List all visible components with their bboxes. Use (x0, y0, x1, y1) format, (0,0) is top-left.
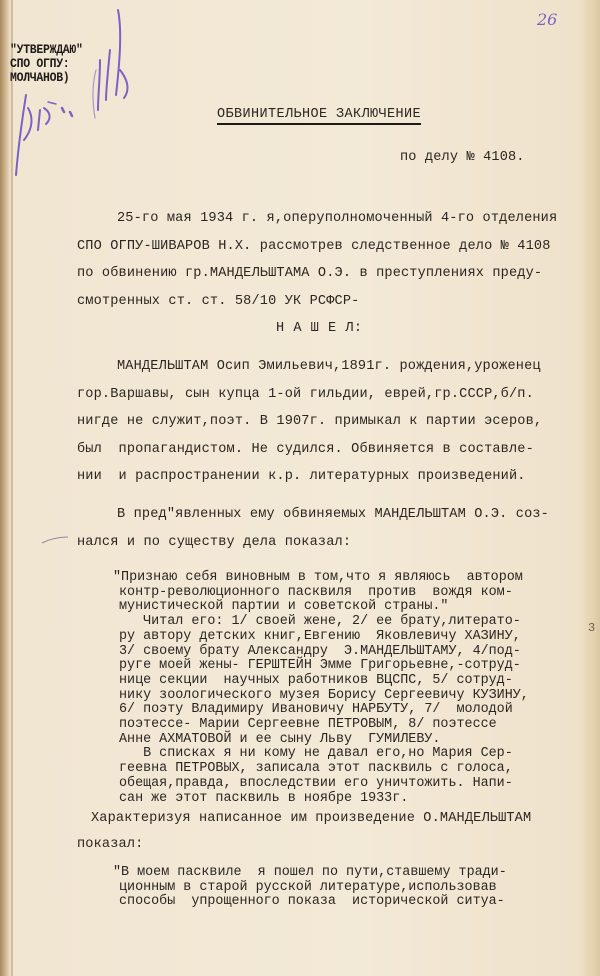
handwritten-signature-icon (0, 0, 140, 180)
confession-quote-line: сан же этот пасквиль в ноябре 1933г. (119, 792, 408, 805)
page-right-edge (582, 0, 600, 976)
bio-line: нигде не служит,поэт. В 1907г. примыкал … (77, 415, 542, 429)
confession-quote-line: мунистической партии и советской страны.… (119, 600, 448, 613)
bio-line: нии и распространении к.р. литературных … (77, 470, 526, 484)
intro-line: по обвинению гр.МАНДЕЛЬШТАМА О.Э. в прес… (77, 267, 542, 281)
bio-line: гор.Варшавы, сын купца 1-ой гильдии, евр… (77, 388, 534, 402)
margin-mark: 3 (588, 622, 595, 634)
characterization-quote-line: способы упрощенного показа исторической … (119, 895, 505, 908)
confession-quote-line: обещая,правда, впоследствии его уничтожи… (119, 777, 513, 790)
intro-line: СПО ОГПУ-ШИВАРОВ Н.Х. рассмотрев следств… (77, 240, 551, 254)
confession-quote-line: нице секции научных работников ВЦСПС, 5/… (119, 674, 513, 687)
document-title: ОБВИНИТЕЛЬНОЕ ЗАКЛЮЧЕНИЕ (217, 108, 421, 125)
confession-quote-line: "Признаю себя виновным в том,что я являю… (113, 571, 523, 584)
confession-quote-line: ру автору детских книг,Евгению Яковлевич… (119, 630, 521, 643)
characterization-line: показал: (77, 838, 143, 852)
confession-quote-line: 6/ поэту Владимиру Ивановичу НАРБУТУ, 7/… (119, 703, 513, 716)
document-page: "УТВЕРЖДАЮ" СПО ОГПУ: МОЛЧАНОВ) 26 ОБВИН… (0, 0, 600, 976)
pencil-mark-icon (40, 535, 70, 545)
confession-quote-line: руге моей жены- ГЕРШТЕЙН Эмме Григорьевн… (119, 659, 521, 672)
characterization-line: Характеризуя написанное им произведение … (91, 812, 531, 826)
confession-quote-line: 3/ своему брату Александру Э.МАНДЕЛЬШТАМ… (119, 645, 521, 658)
characterization-quote-line: "В моем пасквиле я пошел по пути,ставшем… (113, 866, 507, 879)
case-reference: по делу № 4108. (400, 151, 525, 165)
confession-quote-line: Анне АХМАТОВОЙ и ее сыну Льву ГУМИЛЕВУ. (119, 733, 440, 746)
characterization-quote-line: ционным в старой русской литературе,испо… (119, 881, 497, 894)
found-heading: Н А Ш Е Л: (276, 322, 363, 336)
confession-quote-line: нику зоологического музея Борису Сергеев… (119, 689, 529, 702)
bio-line: МАНДЕЛЬШТАМ Осип Эмильевич,1891г. рожден… (117, 360, 541, 374)
confession-quote-line: контр-революционного пасквиля против вож… (119, 586, 513, 599)
confession-quote-line: В списках я ни кому не давал его,но Мари… (119, 747, 513, 760)
intro-line: смотренных ст. ст. 58/10 УК РСФСР- (77, 295, 359, 309)
confession-quote-line: поэтессе- Марии Сергеевне ПЕТРОВЫМ, 8/ п… (119, 718, 497, 731)
bio-line: был пропагандистом. Не судился. Обвиняет… (77, 443, 534, 457)
intro-line: 25-го мая 1934 г. я,оперуполномоченный 4… (117, 212, 557, 226)
confession-intro-line: В пред"явленных ему обвиняемых МАНДЕЛЬШТ… (117, 508, 549, 522)
confession-quote-line: Читал его: 1/ своей жене, 2/ ее брату,ли… (119, 615, 521, 628)
confession-quote-line: геевна ПЕТРОВЫХ, записала этот пасквиль … (119, 762, 513, 775)
page-number-handwritten: 26 (537, 12, 557, 28)
confession-intro-line: нался и по существу дела показал: (77, 536, 351, 550)
